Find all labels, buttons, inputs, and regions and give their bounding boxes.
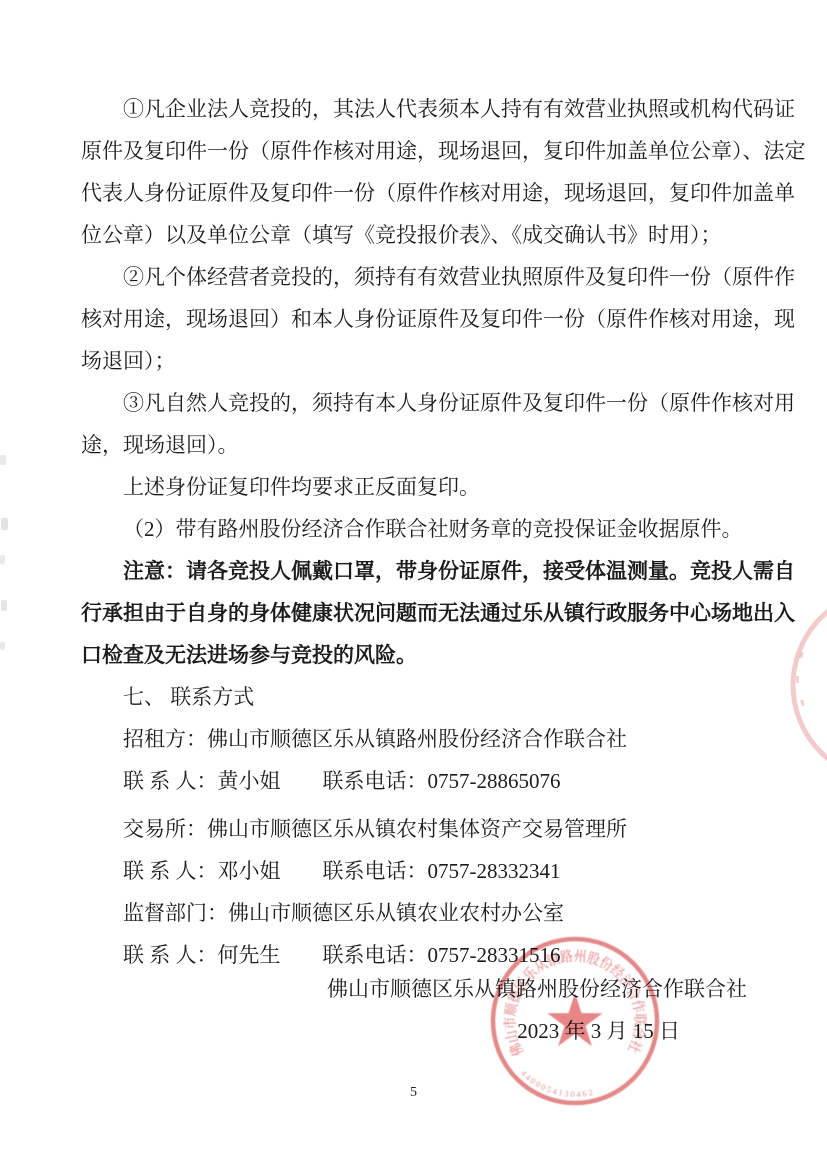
body-line: 位公章）以及单位公章（填写《竞投报价表》、《成交确认书》时用）；	[81, 214, 747, 256]
edge-stamp-fragment	[782, 600, 827, 770]
body-line: 核对用途，现场退回）和本人身份证原件及复印件一份（原件作核对用途，现	[81, 298, 747, 340]
body-line: ①凡企业法人竞投的，其法人代表须本人持有有效营业执照或机构代码证	[81, 88, 747, 130]
body-line: 代表人身份证原件及复印件一份（原件作核对用途，现场退回，复印件加盖单	[81, 172, 747, 214]
body-text: ①凡企业法人竞投的，其法人代表须本人持有有效营业执照或机构代码证 原件及复印件一…	[81, 88, 747, 1052]
body-line: 途，现场退回）。	[81, 424, 747, 466]
notice-line: 行承担由于自身的身体健康状况问题而无法通过乐从镇行政服务中心场地出入	[81, 592, 747, 634]
scan-artifact	[1, 600, 7, 611]
scan-artifact	[0, 555, 5, 564]
notice-line: 注意：请各竞投人佩戴口罩，带身份证原件，接受体温测量。竞投人需自	[81, 550, 747, 592]
contact-line: 招租方：佛山市顺德区乐从镇路州股份经济合作联合社	[81, 718, 747, 760]
seal-star	[547, 993, 602, 1046]
body-line: 原件及复印件一份（原件作核对用途，现场退回，复印件加盖单位公章）、法定	[81, 130, 747, 172]
contact-line: 交易所：佛山市顺德区乐从镇农村集体资产交易管理所	[81, 808, 747, 850]
contact-line: 联 系 人：邓小姐 联系电话：0757-28332341	[81, 850, 747, 892]
notice-line: 口检查及无法进场参与竞投的风险。	[81, 634, 747, 676]
contact-line: 监督部门：佛山市顺德区乐从镇农业农村办公室	[81, 892, 747, 934]
body-line: 场退回）；	[81, 340, 747, 382]
section-heading: 七、 联系方式	[81, 676, 747, 718]
body-line: ②凡个体经营者竞投的，须持有有效营业执照原件及复印件一份（原件作	[81, 256, 747, 298]
scan-artifact	[0, 455, 6, 465]
scan-artifact	[1, 518, 8, 530]
body-line: （2）带有路州股份经济合作联合社财务章的竞投保证金收据原件。	[81, 508, 747, 550]
document-page: ①凡企业法人竞投的，其法人代表须本人持有有效营业执照或机构代码证 原件及复印件一…	[0, 0, 827, 1169]
scan-artifact	[0, 642, 5, 650]
official-seal: 佛山市顺德区乐从镇路州股份经济合作联合社 4400054130462	[487, 933, 663, 1109]
contact-line: 联 系 人：黄小姐 联系电话：0757-28865076	[81, 760, 747, 802]
body-line: 上述身份证复印件均要求正反面复印。	[81, 466, 747, 508]
page-number: 5	[0, 1085, 827, 1101]
body-line: ③凡自然人竞投的，须持有本人身份证原件及复印件一份（原件作核对用	[81, 382, 747, 424]
